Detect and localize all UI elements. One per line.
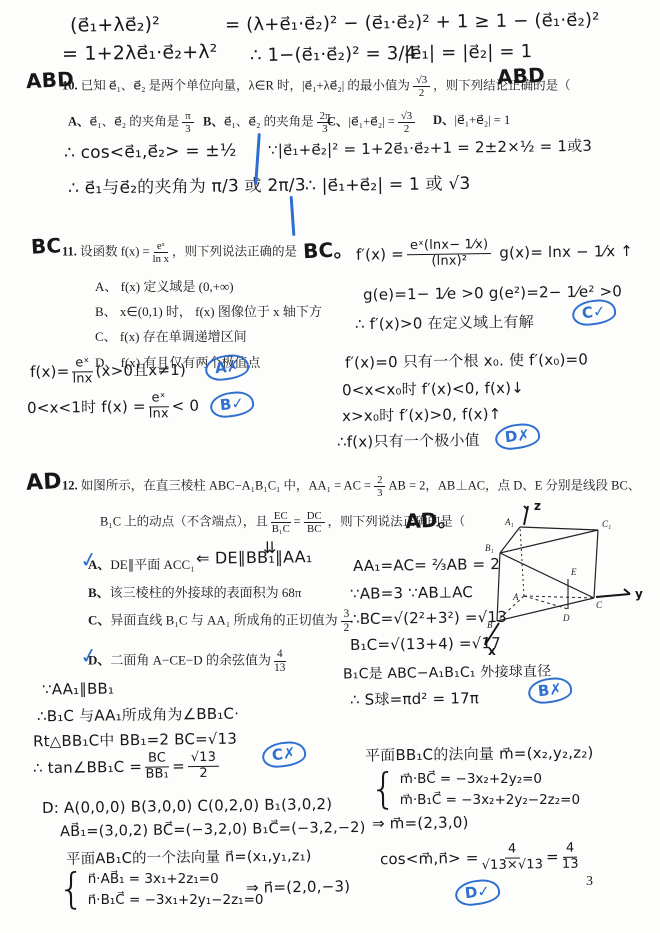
q10-option-d: D、|e⃗₁+e⃗₂| = 1 — [433, 110, 510, 128]
q12-result-m: ⇒ m⃗=(2,3,0) — [372, 813, 469, 832]
label-y-axis: y — [635, 587, 643, 601]
q11-work-right-3: ∴ f′(x)>0 在定义域上有解 — [355, 311, 534, 334]
q12-system-n: { n⃗·AB⃗₁ = 3x₁+2z₁=0 n⃗·B₁C⃗ = −3x₁+2y₁… — [58, 868, 263, 910]
label-a1: A₁ — [504, 517, 514, 527]
q12-system-n-brace: { — [58, 868, 85, 910]
edge-a1-c1 — [520, 527, 598, 530]
q12-work-left-4: ∴ tan∠BB₁C =BCBB₁=√132 — [33, 751, 223, 784]
q12-mark-c-circle: C✗ — [261, 740, 307, 769]
q11-work-right-1-fraction: eˣ(lnx− 1⁄x)(lnx)² — [407, 238, 492, 270]
label-a: A — [512, 592, 519, 602]
q12-mark-d-circle: D✓ — [454, 878, 501, 908]
q12-number: 12. — [62, 479, 78, 493]
q11-margin-answer: BC — [30, 233, 62, 259]
q12-right-1: 平面BB₁C的法向量 m⃗=(x₂,y₂,z₂) — [365, 741, 594, 765]
edge-a-a1 — [520, 527, 524, 596]
q12-stem-fraction-23: 23 — [374, 474, 385, 500]
q12-stem-fraction-ec: ECB₁C — [271, 510, 291, 536]
q12-option-b: B、该三棱柱的外接球的表面积为 68π — [88, 582, 302, 601]
exam-paper-page: (e⃗₁+λe⃗₂)² = (λ+e⃗₁·e⃗₂)² − (e⃗₁·e⃗₂)² … — [0, 0, 660, 933]
q12-work-mid-5: B₁C是 ABC−A₁B₁C₁ 外接球直径 — [343, 661, 552, 684]
q12-system-m-eq2: m⃗·B₁C⃗ = −3x₂+2y₂−2z₂=0 — [400, 792, 580, 808]
prism-figure: A₁ C₁ B₁ A C B D E z y x — [478, 497, 660, 659]
q12-cosine-line: cos<m⃗,n⃗> =4√13×√13=413 — [380, 842, 582, 875]
q10-option-c-fraction: √32 — [398, 110, 415, 136]
q11-stem: 11. 设函数 f(x) =eˣln x，则下列说法正确的是（ — [62, 240, 310, 266]
q10-option-a-fraction: π3 — [182, 110, 193, 136]
q12-answer-handwritten: AD。 — [404, 503, 458, 535]
q12-work-left-1: ∵AA₁∥BB₁ — [42, 679, 114, 698]
edge-b-c — [497, 598, 594, 621]
q12-option-d: D、二面角 A−CE−D 的余弦值为413 — [88, 648, 289, 675]
q11-work-left-1: f(x)=eˣlnx(x>0且x≠1) — [30, 355, 186, 388]
q11-mark-d-circle: D✗ — [494, 422, 541, 452]
q11-answer-handwritten: BC。 — [302, 233, 354, 265]
y-axis — [596, 594, 630, 597]
q11-mark-b-circle: B✓ — [209, 390, 255, 419]
label-e: E — [570, 567, 577, 577]
q12-option-c: C、异面直线 B₁C 与 AA₁ 所成角的正切值为32 — [88, 608, 355, 635]
q11-stem-fraction: eˣln x — [153, 240, 169, 266]
q11-option-a: A、 f(x) 定义域是 (0,+∞) — [95, 276, 234, 295]
q11-work-right-4: f′(x)=0 只有一个根 x₀. 使 f′(x₀)=0 — [345, 348, 588, 372]
edge-c-c1 — [594, 530, 598, 598]
q12-work-left-3: Rt△BB₁C中 BB₁=2 BC=√13 — [33, 728, 237, 752]
q11-work-right-7: ∴f(x)只有一个极小值 — [337, 429, 480, 452]
q10-answer-handwritten: ABD — [496, 63, 545, 89]
q10-work-4: ∴ |e⃗₁+e⃗₂| = 1 或 √3 — [305, 169, 471, 196]
label-d: D — [562, 613, 570, 623]
label-c1: C₁ — [602, 519, 611, 529]
label-c: C — [596, 600, 603, 610]
q11-work-left-2: 0<x<1时 f(x) =eˣlnx< 0 — [27, 391, 200, 424]
q10-work-3: ∴ e⃗₁与e⃗₂的夹角为 π/3 或 2π/3 — [68, 170, 306, 198]
q12-coords-3: 平面AB₁C的一个法向量 n⃗=(x₁,y₁,z₁) — [66, 844, 312, 868]
q12-option-a-hand-note: ⇐ DE∥BB₁∥AA₁ — [196, 547, 313, 568]
q12-stem-line1: 12. 如图所示，在直三棱柱 ABC−A₁B₁C₁ 中，AA₁ = AC =23… — [62, 474, 640, 500]
edge-a-c — [524, 596, 594, 598]
q11-number: 11. — [62, 245, 77, 259]
q12-coords-2: AB⃗₁=(3,0,2) BC⃗=(−3,2,0) B₁C⃗=(−3,2,−2) — [60, 820, 366, 840]
q11-mark-c-circle: C✓ — [571, 298, 617, 327]
q12-system-m-brace: { — [370, 768, 397, 810]
q12-work-mid-6: ∴ S球=πd² = 17π — [350, 687, 479, 710]
q12-work-mid-4: B₁C=√(13+4) =√17 — [350, 634, 501, 654]
q11-option-b: B、 x∈(0,1) 时， f(x) 图像位于 x 轴下方 — [95, 301, 322, 320]
q12-system-n-eq2: n⃗·B₁C⃗ = −3x₁+2y₁−2z₁=0 — [88, 892, 264, 908]
q11-work-right-2: g(e)=1− 1⁄e >0 g(e²)=2− 1⁄e² >0 — [363, 282, 622, 304]
blue-divider-2 — [290, 196, 295, 236]
q10-stem-text: 已知 e⃗₁、e⃗₂ 是两个单位向量，λ∈R 时，|e⃗₁+λe⃗₂| 的最小值… — [81, 79, 410, 93]
q12-system-m: { m⃗·BC⃗ = −3x₂+2y₂=0 m⃗·B₁C⃗ = −3x₂+2y₂… — [370, 768, 580, 810]
y-axis-arrowhead — [624, 589, 630, 594]
label-b1: B₁ — [485, 543, 494, 553]
q11-work-right-5: 0<x<x₀时 f′(x)<0, f(x)↓ — [342, 377, 524, 401]
edge-a-d — [524, 596, 568, 609]
q12-result-n: ⇒ n⃗=(2,0,−3) — [246, 877, 351, 896]
scratch-line-2c: |e⃗₁| = |e⃗₂| = 1 — [404, 41, 533, 64]
q10-option-b: B、e⃗₁、e⃗₂ 的夹角是2π3 — [203, 110, 336, 136]
scratch-line-1a: (e⃗₁+λe⃗₂)² — [70, 13, 160, 36]
q10-work-1: ∴ cos<e⃗₁,e⃗₂> = ±½ — [64, 141, 237, 163]
q12-system-m-eq1: m⃗·BC⃗ = −3x₂+2y₂=0 — [400, 771, 580, 787]
q10-stem-fraction: √32 — [413, 74, 430, 100]
q12-work-mid-3: ∴BC=√(2²+3²) =√13 — [350, 608, 507, 628]
q10-work-2: ∵|e⃗₁+e⃗₂|² = 1+2e⃗₁·e⃗₂+1 = 2±2×½ = 1或3 — [268, 135, 592, 161]
q12-margin-answer: AD — [25, 469, 62, 496]
q10-option-c: C、|e⃗₁+e⃗₂| =√32 — [327, 110, 418, 136]
page-number: 3 — [586, 874, 593, 890]
q12-stem-fraction-dc: DCBC — [304, 510, 325, 536]
q10-number: 10. — [62, 79, 78, 93]
q12-work-mid-2: ∵AB=3 ∵AB⊥AC — [350, 583, 473, 603]
q10-stem: 10. 已知 e⃗₁、e⃗₂ 是两个单位向量，λ∈R 时，|e⃗₁+λe⃗₂| … — [62, 74, 571, 100]
q12-system-n-eq1: n⃗·AB⃗₁ = 3x₁+2z₁=0 — [88, 871, 264, 887]
q12-option-d-fraction: 413 — [274, 648, 286, 675]
q12-option-a: A、DE∥平面 ACC₁ — [88, 554, 195, 573]
q10-option-a: A、e⃗₁、e⃗₂ 的夹角是π3 — [68, 110, 197, 136]
scratch-line-2b: ∴ 1−(e⃗₁·e⃗₂)² = 3/4 — [250, 43, 417, 66]
q11-work-right-1: f′(x) =eˣ(lnx− 1⁄x)(lnx)² g(x)= lnx − 1⁄… — [356, 236, 634, 271]
q12-work-left-2: ∴B₁C 与AA₁所成角为∠BB₁C· — [37, 703, 239, 727]
label-z-axis: z — [534, 499, 541, 513]
q11-work-right-6: x>x₀时 f′(x)>0, f(x)↑ — [342, 403, 502, 426]
q12-work-mid-1: AA₁=AC= ⅔AB = 2 — [353, 555, 500, 575]
scratch-line-1b: = (λ+e⃗₁·e⃗₂)² − (e⃗₁·e⃗₂)² + 1 ≥ 1 − (e… — [225, 9, 600, 35]
q11-option-c: C、 f(x) 存在单调递增区间 — [95, 326, 247, 345]
q12-coords-1: D: A(0,0,0) B(3,0,0) C(0,2,0) B₁(3,0,2) — [42, 795, 333, 817]
scratch-line-2a: = 1+2λe⃗₁·e⃗₂+λ² — [62, 41, 218, 65]
